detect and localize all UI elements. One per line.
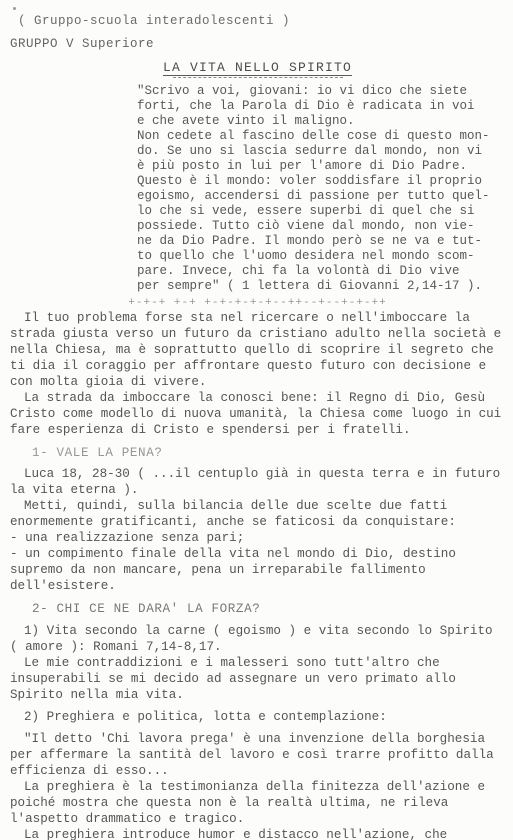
quote-line: e che avete vinto il maligno.	[137, 114, 509, 129]
quote-line: ne da Dio Padre. Il mondo però se ne va …	[137, 234, 509, 249]
quote-line: possiede. Tutto ciò viene dal mondo, non…	[137, 219, 509, 234]
section-2-point-1-paragraph: Le mie contraddizioni e i malesseri sono…	[10, 655, 505, 703]
quote-line: lo che si vede, essere superbi di quel c…	[137, 204, 509, 219]
header-note: ( Gruppo-scuola interadolescenti )	[18, 14, 505, 28]
section-1-scripture: Luca 18, 28-30 ( ...il centuplo già in q…	[10, 466, 505, 498]
bullet-item: - un compimento finale della vita nel mo…	[10, 546, 505, 594]
intro-paragraph-2: La strada da imboccare la conosci bene: …	[10, 390, 505, 438]
section-1-heading: 1- VALE LA PENA?	[32, 445, 505, 461]
quote-line: egoismo, accendersi di passione per tutt…	[137, 189, 509, 204]
quote-line: forti, che la Parola di Dio è radicata i…	[137, 99, 509, 114]
group-line: GRUPPO V Superiore	[10, 37, 505, 51]
scanned-document-page: ( Gruppo-scuola interadolescenti ) GRUPP…	[0, 0, 513, 840]
section-2-point-2: 2) Preghiera e politica, lotta e contemp…	[10, 709, 505, 725]
section-2-point-1: 1) Vita secondo la carne ( egoismo ) e v…	[10, 623, 505, 655]
quote-line: pare. Invece, chi fa la volontà di Dio v…	[137, 264, 509, 279]
section-2-point-2-paragraph-2: La preghiera introduce humor e distacco …	[10, 827, 505, 840]
scripture-quote-block: "Scrivo a voi, giovani: io vi dico che s…	[137, 84, 509, 294]
document-title: LA VITA NELLO SPIRITO	[163, 60, 352, 76]
quote-line: Questo è il mondo: voler soddisfare il p…	[137, 174, 509, 189]
section-2-point-2-paragraph-1: La preghiera è la testimonianza della fi…	[10, 779, 505, 827]
intro-paragraph-1: Il tuo problema forse sta nel ricercare …	[10, 310, 505, 390]
typewriter-divider: +-+-+ +-+ +-+-+-+-+--++--+--+-+-++	[10, 297, 505, 310]
document-body: Il tuo problema forse sta nel ricercare …	[10, 310, 505, 840]
document-title-wrap: LA VITA NELLO SPIRITO	[10, 58, 505, 78]
bullet-item: - una realizzazione senza pari;	[10, 530, 505, 546]
quote-line: Non cedete al fascino delle cose di ques…	[137, 129, 509, 144]
section-2-heading: 2- CHI CE NE DARA' LA FORZA?	[32, 601, 505, 617]
quote-line: "Scrivo a voi, giovani: io vi dico che s…	[137, 84, 509, 99]
quote-line: per sempre" ( 1 lettera di Giovanni 2,14…	[137, 279, 509, 294]
section-1-bullets: - una realizzazione senza pari;- un comp…	[10, 530, 505, 594]
quote-line: è più posto in lui per l'amore di Dio Pa…	[137, 159, 509, 174]
section-2-point-2-quote: "Il detto 'Chi lavora prega' è una inven…	[10, 731, 505, 779]
scan-speck	[13, 7, 16, 10]
section-1-paragraph: Metti, quindi, sulla bilancia delle due …	[10, 498, 505, 530]
quote-line: to quello che l'uomo desidera nel mondo …	[137, 249, 509, 264]
quote-line: do. Se uno si lascia sedurre dal mondo, …	[137, 144, 509, 159]
